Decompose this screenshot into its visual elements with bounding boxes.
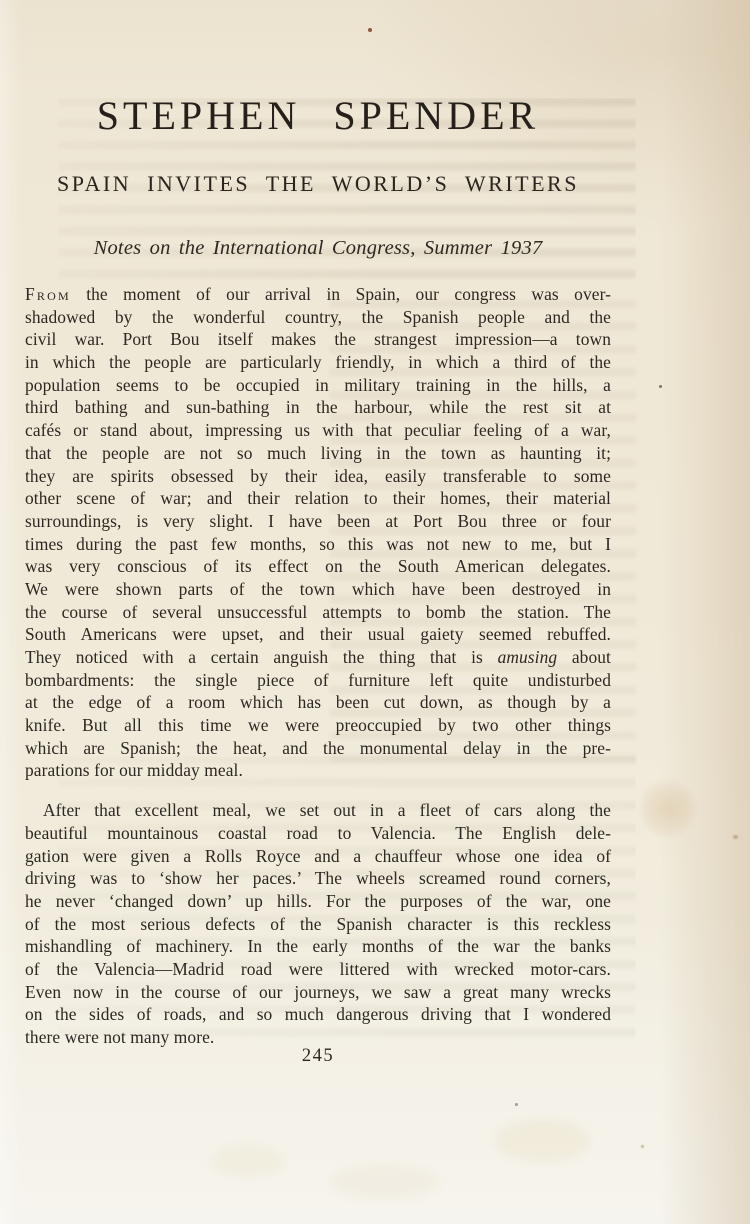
text-line: other scene of war; and their relation t… [25, 487, 611, 510]
ink-speck [659, 385, 662, 388]
text-line: third bathing and sun-bathing in the har… [25, 396, 611, 419]
article-subtitle: Notes on the International Congress, Sum… [25, 238, 611, 259]
paper-stain [640, 778, 696, 840]
ink-speck [733, 835, 738, 839]
text-line: of the most serious defects of the Spani… [25, 913, 611, 936]
text-line: South Americans were upset, and their us… [25, 623, 611, 646]
text-line: at the edge of a room which has been cut… [25, 691, 611, 714]
text-line: times during the past few months, so thi… [25, 533, 611, 556]
text-segment: the moment of our arrival in Spain, our … [71, 284, 611, 304]
body-text: From the moment of our arrival in Spain,… [25, 283, 611, 1049]
text-line: driving was to ‘show her paces.’ The whe… [25, 867, 611, 890]
paper-smudge [330, 1165, 440, 1199]
text-line: shadowed by the wonderful country, the S… [25, 306, 611, 329]
text-line: They noticed with a certain anguish the … [25, 646, 611, 669]
text-line: parations for our midday meal. [25, 759, 611, 782]
text-segment: They noticed with a certain anguish the … [25, 647, 498, 667]
italic-text: amusing [498, 647, 558, 667]
text-line: surroundings, is very slight. I have bee… [25, 510, 611, 533]
author-heading: STEPHEN SPENDER [25, 96, 611, 136]
text-line: that the people are not so much living i… [25, 442, 611, 465]
text-line: bombardments: the single piece of furnit… [25, 669, 611, 692]
text-line: he never ‘changed down’ up hills. For th… [25, 890, 611, 913]
paper-smudge [210, 1145, 285, 1177]
text-line: on the sides of roads, and so much dange… [25, 1003, 611, 1026]
text-line: knife. But all this time we were preoccu… [25, 714, 611, 737]
text-line: the course of several unsuccessful attem… [25, 601, 611, 624]
paper-smudge [495, 1120, 590, 1162]
text-line: population seems to be occupied in milit… [25, 374, 611, 397]
scanned-page: STEPHEN SPENDER SPAIN INVITES THE WORLD’… [0, 0, 750, 1224]
text-line: After that excellent meal, we set out in… [25, 799, 611, 822]
text-line: civil war. Port Bou itself makes the str… [25, 328, 611, 351]
text-segment: about [557, 647, 611, 667]
text-line: which are Spanish; the heat, and the mon… [25, 737, 611, 760]
ink-speck [368, 28, 372, 32]
text-line: From the moment of our arrival in Spain,… [25, 283, 611, 306]
text-line: they are spirits obsessed by their idea,… [25, 465, 611, 488]
text-line: was very conscious of its effect on the … [25, 555, 611, 578]
text-line: mishandling of machinery. In the early m… [25, 935, 611, 958]
text-line: We were shown parts of the town which ha… [25, 578, 611, 601]
text-line: beautiful mountainous coastal road to Va… [25, 822, 611, 845]
text-line: cafés or stand about, impressing us with… [25, 419, 611, 442]
article-title: SPAIN INVITES THE WORLD’S WRITERS [25, 173, 611, 195]
body-paragraph: After that excellent meal, we set out in… [25, 799, 611, 1049]
text-line: gation were given a Rolls Royce and a ch… [25, 845, 611, 868]
smallcaps-lead: From [25, 284, 71, 304]
ink-speck [515, 1103, 518, 1106]
text-line: in which the people are particularly fri… [25, 351, 611, 374]
page-number: 245 [25, 1046, 611, 1067]
text-line: Even now in the course of our journeys, … [25, 981, 611, 1004]
ink-speck [641, 1145, 644, 1148]
text-line: of the Valencia—Madrid road were littere… [25, 958, 611, 981]
body-paragraph: From the moment of our arrival in Spain,… [25, 283, 611, 782]
